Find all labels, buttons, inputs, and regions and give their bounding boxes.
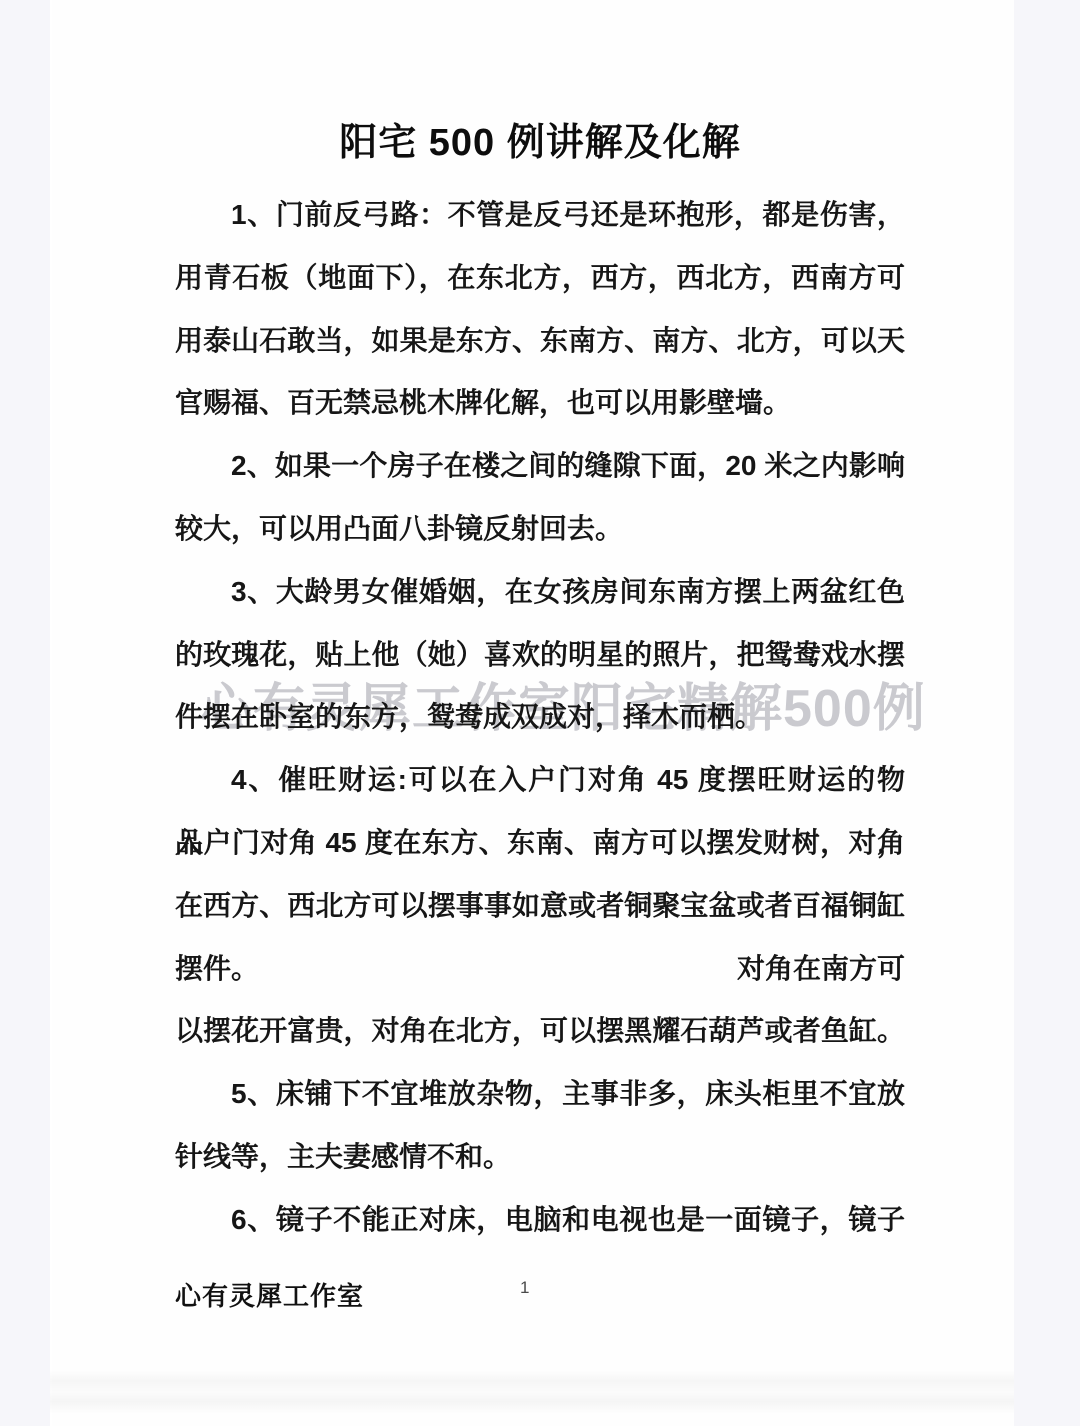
body-text: 1、门前反弓路：不管是反弓还是环抱形，都是伤害， 用青石板（地面下），在东北方，…: [175, 184, 905, 1252]
document-title: 阳宅 500 例讲解及化解: [175, 0, 905, 168]
text-line: 4、催旺财运:可以在入户门对角 45 度摆旺财运的物品，: [175, 749, 905, 812]
text-line: 用青石板（地面下），在东北方，西方，西北方，西南方可: [175, 247, 905, 310]
page-background: 心有灵犀工作室阳宅精解500例 阳宅 500 例讲解及化解 1、门前反弓路：不管…: [0, 0, 1080, 1426]
text-line: 的玫瑰花，贴上他（她）喜欢的明星的照片，把鸳鸯戏水摆: [175, 624, 905, 687]
text-line: 在西方、西北方可以摆事事如意或者铜聚宝盆或者百福铜缸: [175, 875, 905, 938]
text-line: 5、床铺下不宜堆放杂物，主事非多，床头柜里不宜放: [175, 1063, 905, 1126]
text-line-left-part: 摆件。: [175, 938, 259, 1001]
text-line: 2、如果一个房子在楼之间的缝隙下面，20 米之内影响: [175, 435, 905, 498]
footer-page-number: 1: [520, 1278, 529, 1298]
text-line: 较大，可以用凸面八卦镜反射回去。: [175, 498, 905, 561]
text-line: 用泰山石敢当，如果是东方、东南方、南方、北方，可以天: [175, 310, 905, 373]
footer-studio-name: 心有灵犀工作室: [175, 1276, 364, 1313]
page-bottom-shadow: [50, 1370, 1014, 1414]
text-line: 件摆在卧室的东方，鸳鸯成双成对，择木而栖。: [175, 686, 905, 749]
text-line: 以摆花开富贵，对角在北方，可以摆黑耀石葫芦或者鱼缸。: [175, 1000, 905, 1063]
document-content: 阳宅 500 例讲解及化解 1、门前反弓路：不管是反弓还是环抱形，都是伤害， 用…: [175, 0, 905, 1252]
text-line: 6、镜子不能正对床，电脑和电视也是一面镜子，镜子: [175, 1189, 905, 1252]
text-line: 摆件。 对角在南方可: [175, 938, 905, 1001]
text-line: 1、门前反弓路：不管是反弓还是环抱形，都是伤害，: [175, 184, 905, 247]
document-page: 心有灵犀工作室阳宅精解500例 阳宅 500 例讲解及化解 1、门前反弓路：不管…: [50, 0, 1014, 1426]
text-line-right-part: 对角在南方可: [737, 938, 905, 1001]
text-line: 入户门对角 45 度在东方、东南、南方可以摆发财树，对角: [175, 812, 905, 875]
text-line: 针线等，主夫妻感情不和。: [175, 1126, 905, 1189]
text-line: 3、大龄男女催婚姻，在女孩房间东南方摆上两盆红色: [175, 561, 905, 624]
text-line: 官赐福、百无禁忌桃木牌化解，也可以用影壁墙。: [175, 372, 905, 435]
